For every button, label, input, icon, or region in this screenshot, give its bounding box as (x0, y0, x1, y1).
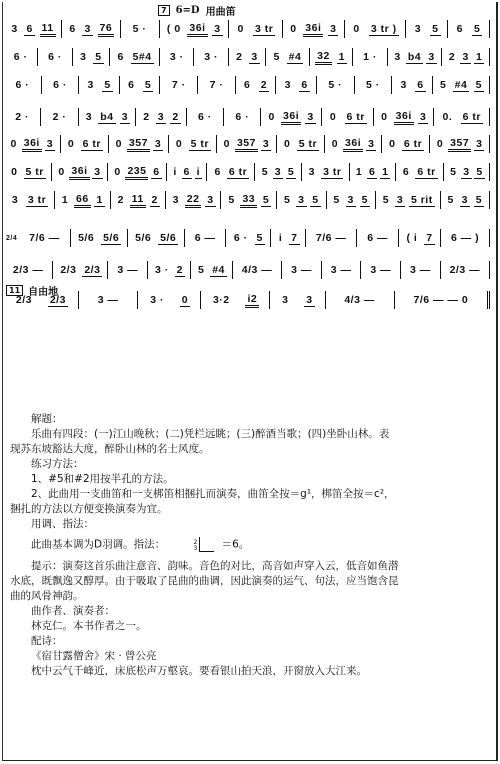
score-line: 2 ·2 ·3b432326 ·6 ·036i306 tr036i30.6 tr (4, 108, 490, 126)
measure: 6 · (42, 76, 80, 94)
note: 3 — (289, 264, 314, 276)
note: 1 (337, 51, 347, 64)
note: 11 (130, 193, 146, 208)
measure: 6 · (187, 108, 224, 126)
note: 2 (116, 194, 126, 206)
note: 2 (141, 111, 151, 123)
measure: 7 · (160, 76, 198, 94)
measure: 66 tr (207, 163, 255, 181)
note: 3 tr (253, 23, 275, 36)
note: 7 (424, 232, 434, 245)
note: 0 (9, 166, 19, 178)
note: 3 (426, 51, 436, 64)
note: 6 (367, 166, 377, 179)
measure: 4/3 — (326, 291, 395, 309)
heading-fingering: 用调、指法： (10, 517, 480, 532)
fingering-bar (199, 537, 214, 552)
composer-text: 林克仁。本书作者之一。 (10, 619, 480, 634)
note: 3 — (368, 264, 393, 276)
note: 0 (112, 166, 122, 178)
fingering-text: 此曲基本调为D羽调。指法： (31, 539, 165, 551)
note: 2 (259, 79, 269, 92)
note: 5 (381, 194, 391, 206)
note: 5/6 (133, 232, 153, 244)
note: 36i (187, 22, 207, 37)
measure: 65 (120, 76, 161, 94)
note: 1 (94, 194, 104, 207)
fingering-equals: ＝6。 (222, 539, 250, 551)
note: 6 tr (227, 166, 249, 179)
measure: 02356 (108, 163, 167, 181)
note: 3 · (168, 51, 186, 63)
measure: 3 — (79, 291, 138, 309)
note: 5/6 (76, 232, 96, 244)
measure: 03 tr ) (345, 20, 406, 38)
note: 2 (170, 111, 180, 124)
note: 6 · (46, 51, 64, 63)
score-line: 361163765 ·( 036i303 tr036i303 tr )3565 (4, 20, 490, 38)
measure: 3 — (108, 261, 148, 279)
note: 6 (126, 79, 136, 91)
measure: 3 · (194, 48, 228, 66)
note: 5 (271, 51, 281, 63)
measure: 33 tr (302, 163, 350, 181)
note: 7 · (170, 79, 188, 91)
note: 6 — (365, 232, 390, 244)
note: 5 (472, 23, 482, 36)
note: 7/6 — (27, 232, 62, 244)
measure: 2 · (41, 108, 78, 126)
note: 36i (303, 22, 323, 37)
measure: 03573 (109, 135, 169, 153)
note: 6 (67, 23, 77, 35)
note: 0 (330, 138, 340, 150)
note: b4 (406, 51, 423, 64)
measure: 05 tr (4, 163, 52, 181)
score-line: 2/47/6 —5/65/65/65/66 —6 ·5i77/6 —6 —( i… (4, 229, 490, 247)
measure: 1661 (55, 191, 111, 209)
measure: 03 tr (229, 20, 283, 38)
measure: 2112 (111, 191, 166, 209)
measure: 3 ·0 (138, 291, 201, 309)
note: 3 (273, 166, 283, 179)
note: 3 (307, 166, 317, 178)
note: 3 · (202, 51, 220, 63)
note: 6 · (196, 111, 214, 123)
measure: 6 · (224, 108, 261, 126)
measure: 65 (448, 20, 490, 38)
measure: 06 tr (382, 135, 431, 153)
note: 3 (10, 194, 20, 206)
measure: 5/65/6 (71, 229, 128, 247)
measure: 6 — (357, 229, 399, 247)
note: ( 0 (165, 23, 183, 35)
hint-3: 曲的风骨神韵。 (10, 589, 480, 604)
note: 5 (448, 166, 458, 178)
note: 7/6 — — 0 (412, 294, 471, 306)
note: 3 — (408, 264, 433, 276)
note: 6 (242, 79, 252, 91)
note: 3 · (153, 264, 171, 276)
note: 3 (84, 111, 94, 123)
measure: 23 (229, 48, 266, 66)
note: 7 · (208, 79, 226, 91)
measure: 036i3 (283, 20, 345, 38)
note: 3 tr (321, 166, 343, 179)
measure: 5#4 (191, 261, 233, 279)
note: 3 (45, 138, 55, 151)
note: 6 — (193, 232, 218, 244)
note: 0 (379, 111, 389, 123)
note: 235 (125, 165, 148, 180)
note: 5 (102, 79, 112, 92)
note: 3 (171, 194, 181, 206)
measure: 65#4 (110, 48, 160, 66)
note: 0 (351, 23, 361, 35)
note: 5 (261, 194, 271, 207)
measure: 6 ·5 (226, 229, 271, 247)
note: 6 tr (402, 138, 424, 151)
note: 6 · (232, 232, 250, 244)
note: 5#4 (131, 51, 154, 64)
note: 3 (328, 23, 338, 36)
note: 2 · (13, 111, 31, 123)
note: 3 (398, 79, 408, 91)
note: 3 tr (26, 194, 48, 207)
note: 6 — ) (449, 232, 481, 244)
note: 6 (182, 166, 192, 179)
heading-practice: 练习方法： (10, 457, 480, 472)
note: 3 (474, 138, 484, 151)
score-line: 6 ·6 ·35657 ·7 ·62365 ·5 ·365#45 (4, 76, 490, 94)
note: 6 · (51, 79, 69, 91)
key-signature: 6=D (176, 5, 200, 16)
jieti-text-1: 乐曲有四段：(一)江山晚秋；(二)凭栏远眺；(三)醉酒当歌；(四)坐卧山林。表 (10, 427, 480, 442)
measure: 4/3 — (233, 261, 282, 279)
measure: 5 · (355, 76, 393, 94)
note: 0 (236, 23, 246, 35)
note: 6 (299, 79, 309, 92)
measure: 036i3 (374, 108, 434, 126)
note: ( i (404, 232, 419, 244)
note: 2/3 (58, 264, 78, 276)
note: 3 (280, 294, 290, 306)
tempo-marking: 自由地 (28, 283, 58, 298)
note: #4 (453, 79, 470, 92)
measure: 3b43 (388, 48, 443, 66)
measure: 535 (444, 163, 490, 181)
note: 5 tr (24, 166, 46, 179)
measure: 7 · (198, 76, 236, 94)
note: 5 (286, 166, 296, 179)
note: 2 (150, 194, 160, 207)
note: 6 · (233, 111, 251, 123)
note: 76 (98, 22, 115, 37)
measure: 5 · (121, 20, 160, 38)
note: 0 (267, 111, 277, 123)
fingering-diagram: 23 (172, 537, 214, 552)
note: 3 (460, 51, 470, 64)
measure: 03573 (430, 135, 490, 153)
measure: 535 (441, 191, 490, 209)
note: 5 (282, 194, 292, 206)
note: 6 tr (81, 138, 103, 151)
note: 3 (305, 111, 315, 124)
measure: 036i3 (52, 163, 108, 181)
measure: 05 tr (277, 135, 326, 153)
note: 4/3 — (240, 264, 275, 276)
note: 6 · (13, 79, 31, 91)
section-11-heading: 11 自由地 (6, 283, 58, 298)
note: 0 (174, 138, 184, 150)
note: 5 (438, 79, 448, 91)
measure: 5335 (221, 191, 277, 209)
jieti-text-2: 现苏东坡豁达大度，醉卧山林的名士风度。 (10, 442, 480, 457)
measure: 161 (350, 163, 396, 181)
note: 5 (226, 194, 236, 206)
measure: 036i3 (4, 135, 61, 153)
measure: 36 (276, 76, 317, 94)
measure: 535 rit (376, 191, 441, 209)
rehearsal-mark-7: 7 (158, 5, 170, 16)
measure: 7/6 — — 0 (395, 291, 490, 309)
note: 3 — (115, 264, 140, 276)
note: 3 (78, 51, 88, 63)
note: 3 (153, 138, 163, 151)
hint-1: 提示：演奏这首乐曲注意音、韵味。音色的对比，高音如声穿入云，低音如鱼潜 (10, 559, 480, 574)
measure: 5#4 (266, 48, 310, 66)
note: 0 (282, 138, 292, 150)
note: 0 (180, 294, 190, 307)
note: 1 (380, 166, 390, 179)
note: 5/6 (158, 232, 178, 245)
note: 3 (283, 79, 293, 91)
note: 3 (205, 194, 215, 207)
note: 6 · (12, 51, 30, 63)
measure: 03573 (217, 135, 277, 153)
note: 5/6 (101, 232, 121, 245)
note: 3 (156, 111, 166, 124)
note: 3 (392, 51, 402, 63)
note: 36i (343, 137, 363, 152)
measure: 05 tr (169, 135, 218, 153)
note: 22 (185, 193, 202, 208)
measure: 2/3 — (4, 261, 53, 279)
measure: 35 (73, 48, 110, 66)
note: 2 (175, 264, 185, 277)
measure: 3 ·2 (148, 261, 191, 279)
note: 66 (74, 193, 91, 208)
note: 2/3 — (11, 264, 46, 276)
note: 0 (66, 138, 76, 150)
note: 1 (60, 194, 70, 206)
measure: ( i7 (399, 229, 441, 247)
measure: 036i3 (261, 108, 321, 126)
measure: 62 (236, 76, 277, 94)
note: 32 (315, 50, 332, 65)
note: 5 (474, 166, 484, 179)
measure: 535 (255, 163, 301, 181)
heading-poem: 配诗： (10, 634, 480, 649)
note: 6 tr (461, 111, 483, 124)
measure: 06 tr (322, 108, 374, 126)
notes-section: 解题： 乐曲有四段：(一)江山晚秋；(二)凭栏远眺；(三)醉酒当歌；(四)坐卧山… (10, 412, 480, 679)
note: 3 — (96, 294, 121, 306)
measure: 6 · (38, 48, 72, 66)
measure: 6 · (4, 76, 42, 94)
measure: 3223 (166, 191, 222, 209)
measure: 7/6 — (306, 229, 357, 247)
note: 3 (395, 194, 405, 207)
note: 357 (127, 137, 150, 152)
note: 0 (435, 138, 445, 150)
note: 6 tr (415, 166, 437, 179)
note: 6 (115, 51, 125, 63)
note: 6 (401, 166, 411, 178)
poem-source: 《宿甘露僧舍》宋 · 曾公亮 (10, 649, 480, 664)
measure: 5/65/6 (128, 229, 185, 247)
note: 1 (354, 166, 364, 178)
note: 3 tr ) (369, 23, 399, 36)
practice-item-2b: 捆扎的方法以方便变换演奏为宜。 (10, 502, 480, 517)
note: 0 (328, 111, 338, 123)
note: 6 tr (345, 111, 367, 124)
note: 357 (448, 137, 471, 152)
note: 5 rit (409, 194, 435, 207)
note: 3 (413, 23, 423, 35)
note: 3 — (329, 264, 354, 276)
note: 0. (441, 111, 455, 123)
note: 0 (288, 23, 298, 35)
note: 0 (387, 138, 397, 150)
note: 5 · (131, 23, 149, 35)
note: 3 (346, 194, 356, 207)
measure: 36 (392, 76, 433, 94)
note: 5 (310, 194, 320, 207)
measure: 7/6 — (19, 229, 70, 247)
note: 6 (212, 166, 222, 178)
note: i (195, 166, 202, 179)
note: 3 (92, 166, 102, 179)
note: 2/3 — (448, 264, 483, 276)
note: 6 (151, 166, 161, 179)
note: 33 (240, 193, 257, 208)
measure: 3 — (282, 261, 322, 279)
note: 5 (143, 79, 153, 92)
note: 3 (461, 166, 471, 179)
measure: 2 · (4, 108, 41, 126)
measure: 3 — (361, 261, 401, 279)
rehearsal-mark-11: 11 (6, 285, 23, 296)
score-line: 2/3 —2/32/33 —3 ·25#44/3 —3 —3 —3 —3 —2/… (4, 261, 490, 279)
note: 5 · (364, 79, 382, 91)
note: 36i (69, 165, 89, 180)
score-line: 33 tr1661211232235335535535535 rit535 (4, 191, 490, 209)
note: 3 (418, 111, 428, 124)
measure: 33 (270, 291, 325, 309)
note: 0 (56, 166, 66, 178)
note: 6 (455, 23, 465, 35)
note: 7 (289, 232, 299, 245)
measure: 6 · (4, 48, 38, 66)
note: 3 (82, 23, 92, 36)
note: #4 (210, 264, 227, 277)
measure: 231 (442, 48, 490, 66)
measure: 1 · (353, 48, 387, 66)
note: 3 · (148, 294, 166, 306)
measure: 3 — (322, 261, 362, 279)
note: 3 (304, 294, 314, 307)
measure: i6i (167, 163, 207, 181)
note: 36i (22, 137, 42, 152)
measure: 0.6 tr (434, 108, 490, 126)
time-signature: 2/4 (4, 235, 19, 242)
note: 11 (40, 22, 56, 37)
note: 5 (430, 23, 440, 36)
score-line: 036i306 tr0357305 tr0357305 tr036i306 tr… (4, 135, 490, 153)
hint-2: 水底，既飘逸又醇厚。由于吸取了昆曲的曲调，因此演奏的运气、句法，应当饱含昆 (10, 574, 480, 589)
measure: 35 (79, 76, 120, 94)
measure: 321 (310, 48, 354, 66)
note: 4/3 — (342, 294, 377, 306)
note: 357 (235, 137, 258, 152)
score-line: 05 tr036i302356i6i66 tr53533 tr16166 tr5… (4, 163, 490, 181)
measure: 3 · (160, 48, 194, 66)
note: 5 tr (189, 138, 211, 151)
note: 36i (394, 110, 414, 125)
note: 2/3 (82, 264, 102, 277)
measure: 5 · (317, 76, 355, 94)
note: 5 (474, 79, 484, 92)
measure: ( 036i3 (160, 20, 229, 38)
note: 3·2 (211, 294, 232, 306)
score-line: 2/32/33 —3 ·03·2i2334/3 —7/6 — — 0 (4, 291, 490, 309)
measure: 535 (327, 191, 376, 209)
note: 1 · (361, 51, 379, 63)
note: 2 (447, 51, 457, 63)
note: b4 (98, 111, 115, 124)
note: 3 (261, 138, 271, 151)
measure: 6 — (185, 229, 227, 247)
note: 5 (360, 194, 370, 207)
note: 3 (249, 51, 259, 64)
heading-jieti: 解题： (10, 412, 480, 427)
measure: 535 (277, 191, 326, 209)
note: 5 (93, 51, 103, 64)
note: 36i (281, 110, 301, 125)
note: 6 (24, 23, 34, 36)
practice-item-2a: 2、此曲用一支曲笛和一支梆笛相捆扎而演奏，曲笛全按＝g¹，梆笛全按＝c²， (10, 487, 480, 502)
note: 0 (114, 138, 124, 150)
note: #4 (287, 51, 304, 64)
measure: 35 (406, 20, 448, 38)
measure: 2/32/3 (53, 261, 108, 279)
note: 2 · (51, 111, 69, 123)
note: 5 (255, 232, 265, 245)
heading-composer: 曲作者、演奏者： (10, 604, 480, 619)
score-header: 7 6=D 用曲笛 (158, 3, 236, 18)
measure: 33 tr (4, 191, 55, 209)
measure: 6376 (62, 20, 121, 38)
note: 5 (196, 264, 206, 276)
note: 1 (474, 51, 484, 64)
measure: 232 (136, 108, 187, 126)
measure: 2/3 — (441, 261, 490, 279)
poem-text: 枕中云气千峰近，床底松声万壑哀。要看银山拍天浪，开窗放入大江来。 (10, 664, 480, 679)
note: 3 (86, 79, 96, 91)
measure: 3·2i2 (201, 291, 270, 309)
note: i (171, 166, 178, 178)
